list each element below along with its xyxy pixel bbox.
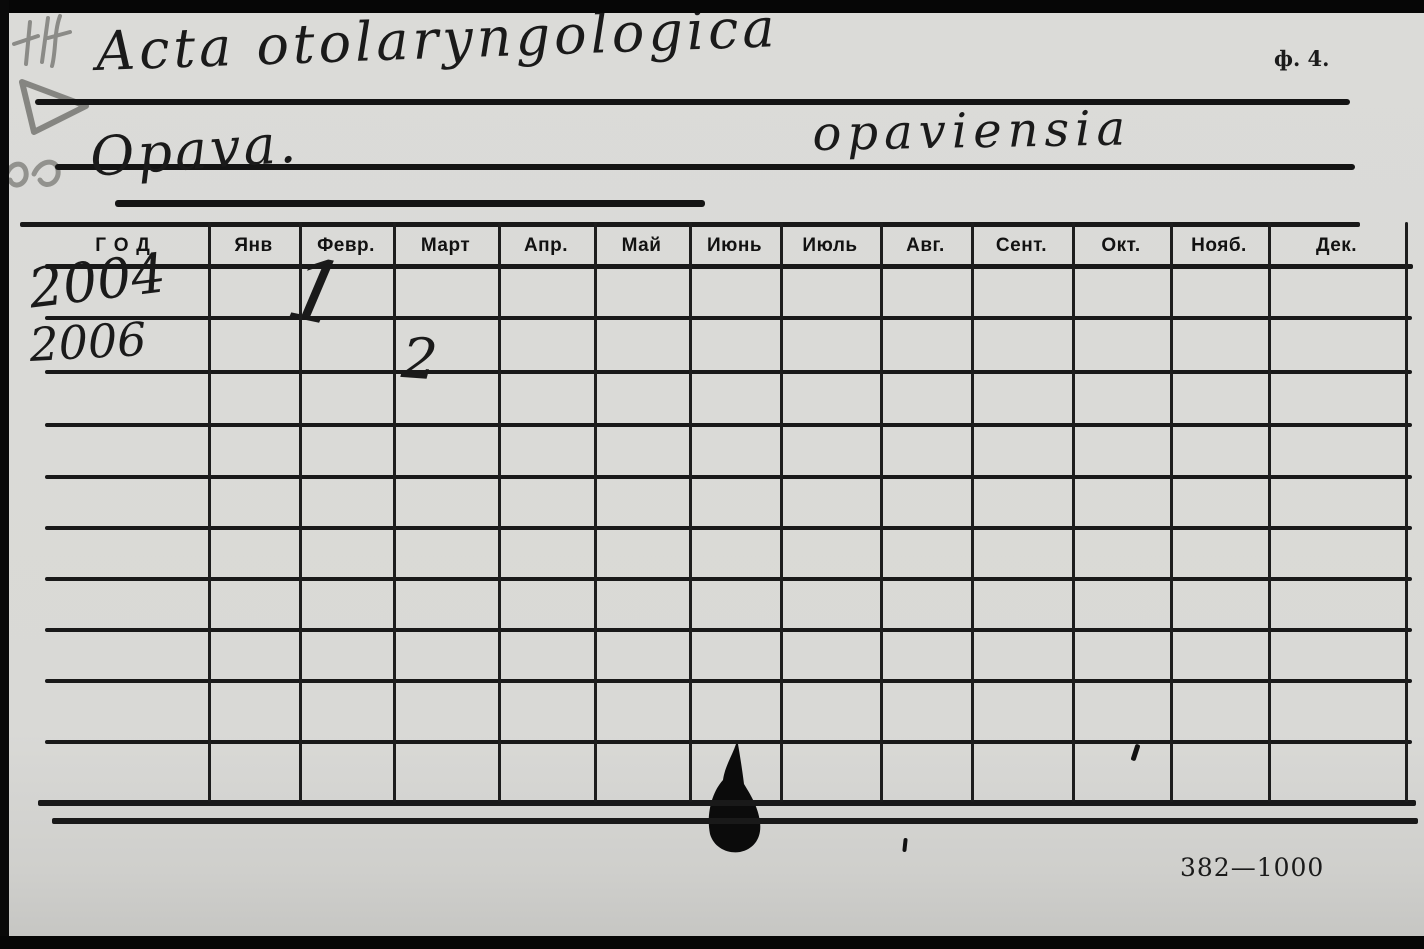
title-rule-3 bbox=[115, 200, 705, 207]
month-header-jul: Июль bbox=[780, 231, 880, 261]
table-grid-line bbox=[38, 800, 1416, 806]
scanned-card-image: Acta otolaryngologica opaviensia Opava. … bbox=[0, 0, 1424, 949]
table-grid-line bbox=[393, 222, 396, 802]
table-grid-line bbox=[498, 222, 501, 802]
month-header-sep: Сент. bbox=[971, 231, 1072, 261]
table-grid-line bbox=[45, 370, 1412, 374]
table-grid-line bbox=[689, 222, 692, 802]
table-grid-line bbox=[1268, 222, 1271, 802]
table-grid-line bbox=[45, 423, 1412, 427]
scan-edge-top bbox=[0, 0, 1424, 13]
month-header-jan: Янв bbox=[208, 231, 299, 261]
month-header-may: Май bbox=[594, 231, 689, 261]
table-grid-line bbox=[1170, 222, 1173, 802]
ink-blot bbox=[698, 742, 772, 856]
form-number: ф. 4. bbox=[1274, 46, 1329, 71]
year-entry-2: 2006 bbox=[28, 312, 148, 372]
month-header-nov: Нояб. bbox=[1170, 231, 1268, 261]
month-header-mar: Март bbox=[393, 231, 498, 261]
month-header-dec: Дек. bbox=[1268, 231, 1405, 261]
pencil-scribble-icon bbox=[0, 146, 90, 198]
month-header-jun: Июнь bbox=[689, 231, 780, 261]
scan-edge-bottom bbox=[0, 936, 1424, 949]
table-grid-line bbox=[45, 740, 1412, 744]
table-grid-line bbox=[45, 264, 1413, 269]
table-grid-line bbox=[45, 526, 1412, 530]
table-grid-line bbox=[780, 222, 783, 802]
table-grid-line bbox=[45, 679, 1412, 683]
table-grid-line bbox=[971, 222, 974, 802]
month-header-aug: Авг. bbox=[880, 231, 971, 261]
month-header-apr: Апр. bbox=[498, 231, 594, 261]
handwritten-title-line2: opaviensia bbox=[812, 100, 1132, 162]
print-code: 382—1000 bbox=[1180, 853, 1324, 882]
table-grid-line bbox=[45, 577, 1412, 581]
pencil-mark-icon bbox=[8, 12, 98, 82]
table-grid-line bbox=[1072, 222, 1075, 802]
title-rule-1 bbox=[35, 99, 1350, 105]
table-grid-line bbox=[52, 818, 1418, 824]
scan-edge-left bbox=[0, 0, 9, 949]
table-grid-line bbox=[45, 628, 1412, 632]
issue-entry-2: 2 bbox=[399, 326, 439, 393]
table-grid-line bbox=[1405, 222, 1408, 802]
table-grid-line bbox=[880, 222, 883, 802]
table-grid-line bbox=[45, 316, 1412, 320]
table-grid-line bbox=[208, 222, 211, 802]
month-header-oct: Окт. bbox=[1072, 231, 1170, 261]
table-grid-line bbox=[299, 222, 302, 802]
table-grid-line bbox=[594, 222, 597, 802]
table-grid-line bbox=[45, 475, 1412, 479]
